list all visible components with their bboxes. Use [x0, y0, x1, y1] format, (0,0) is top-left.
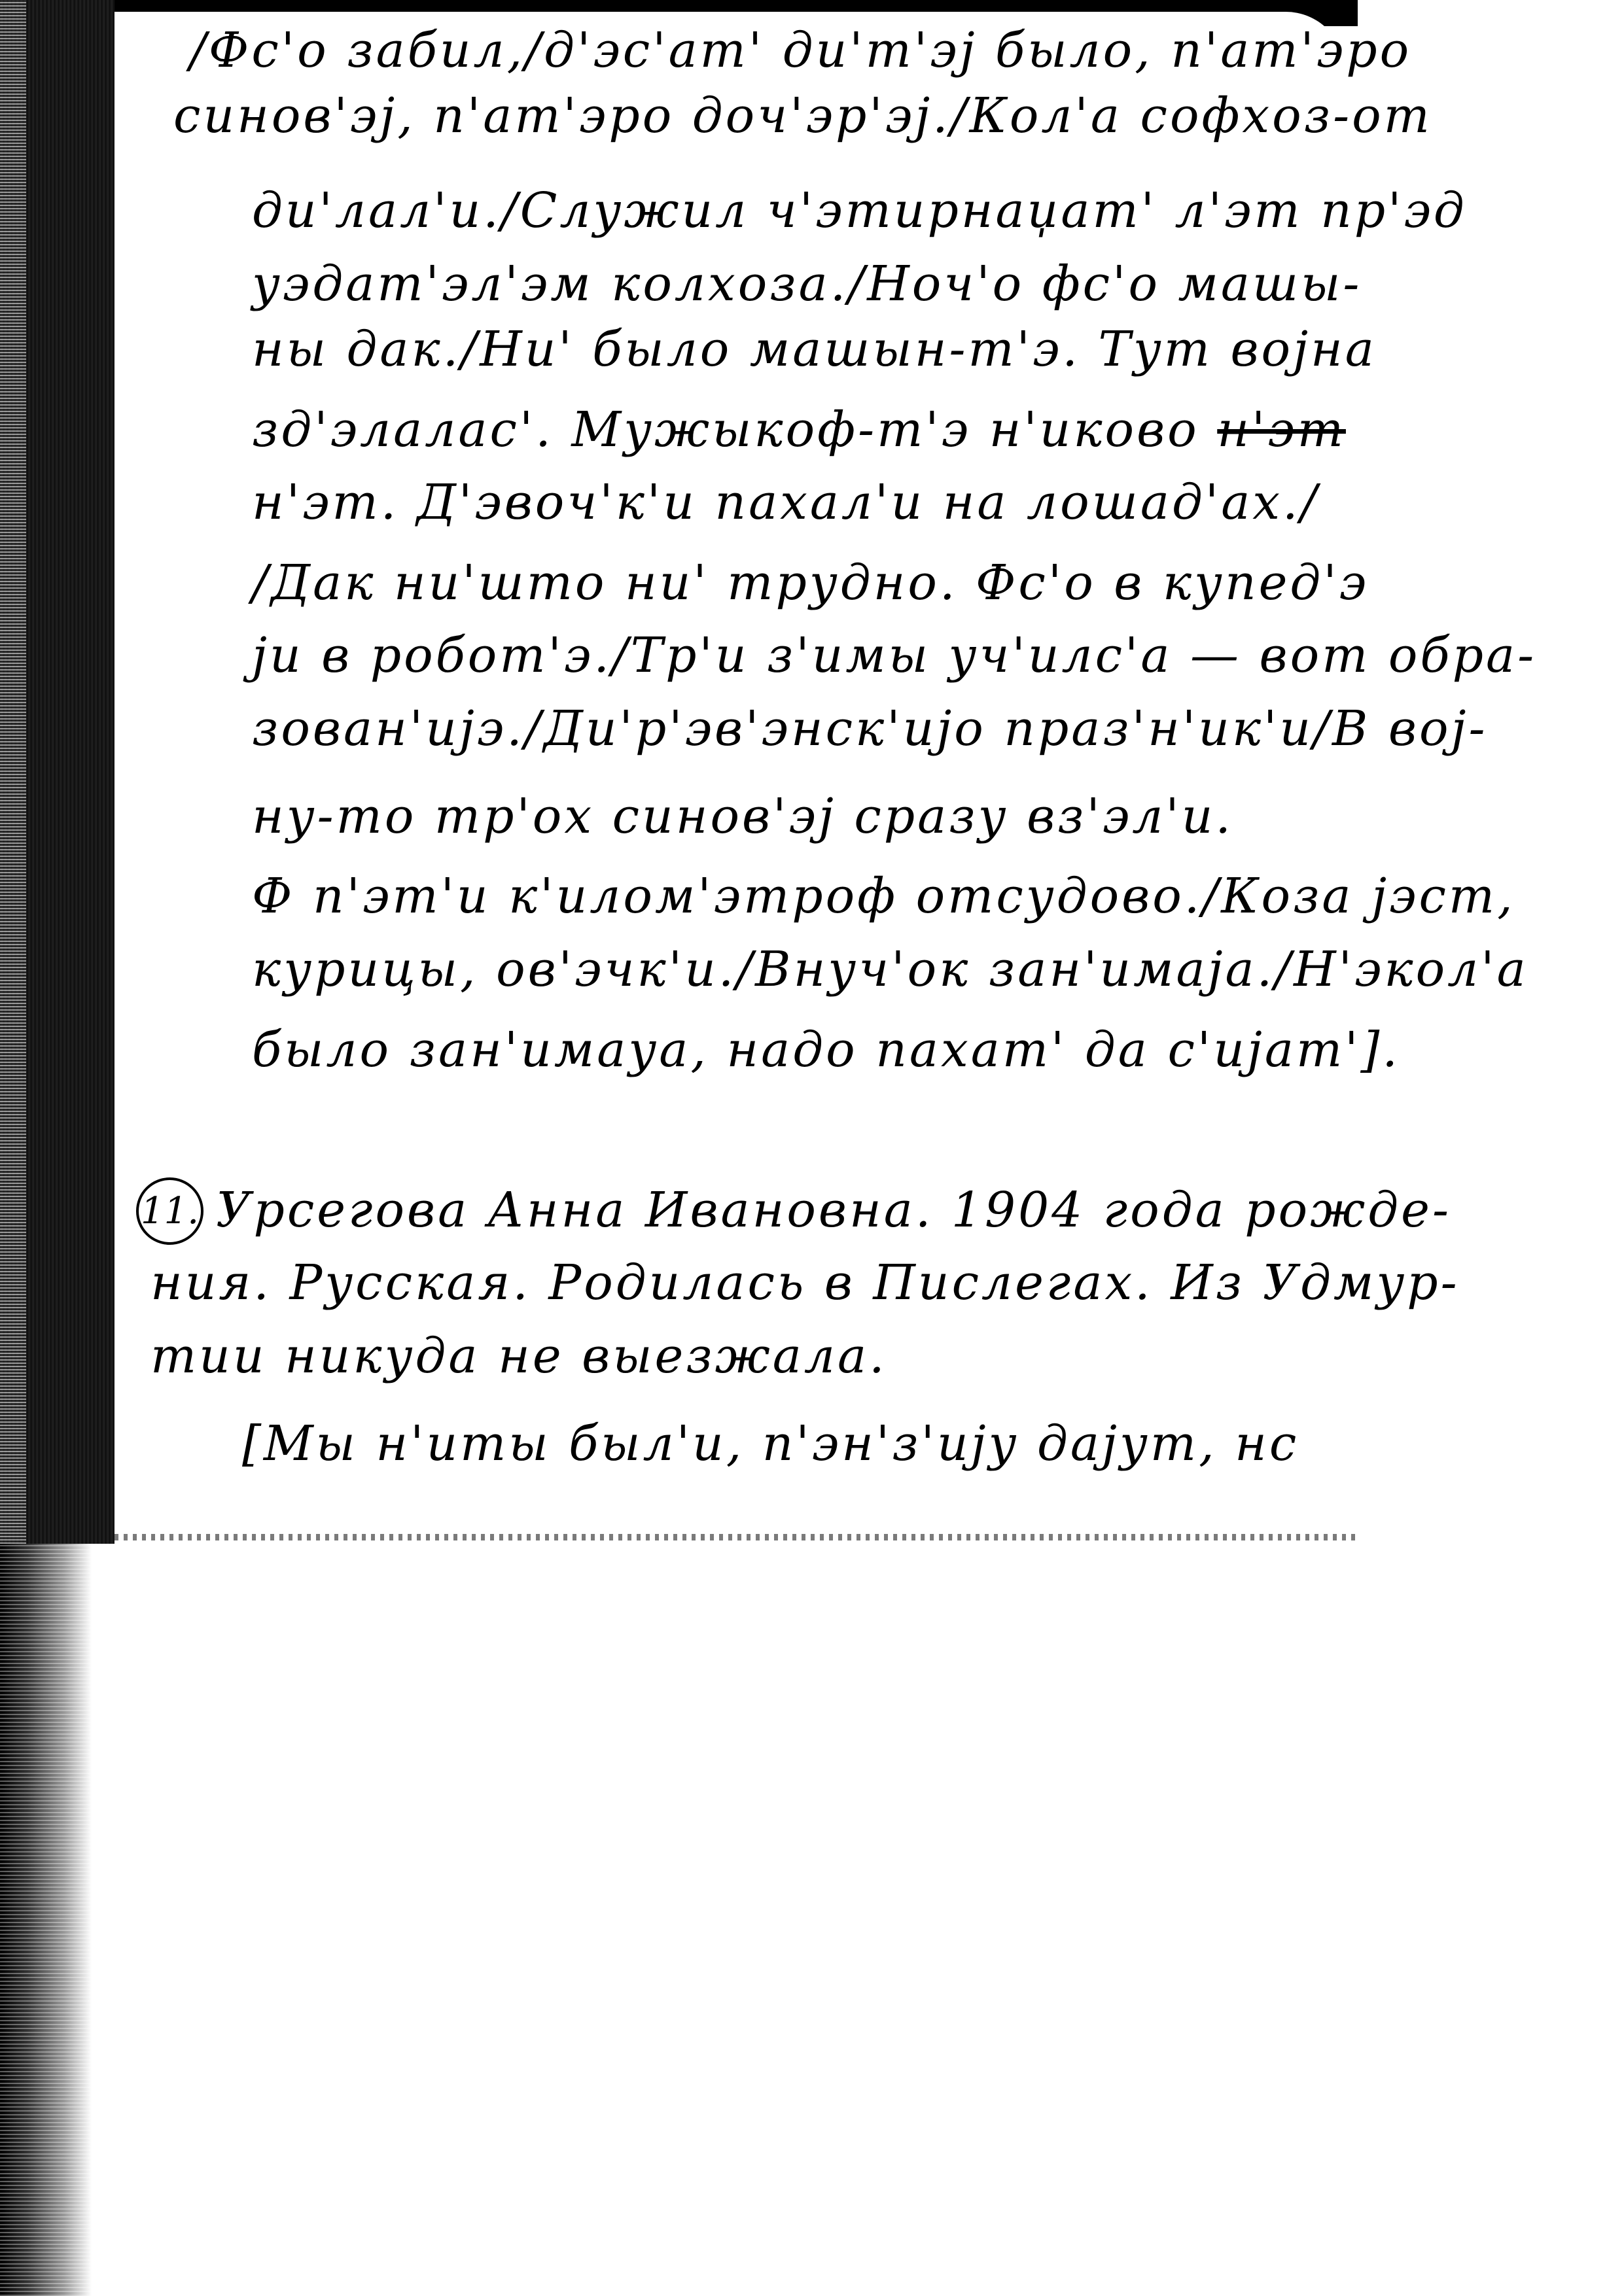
transcript-line-13: курицы, ов'эчк'и./Внуч'ок зан'имаја./Н'э…	[252, 945, 1528, 994]
transcript-line-8: /Дак ни'што ни' трудно. Фс'о в купед'э	[252, 559, 1369, 607]
transcript-line-10: зован'ијэ./Ди'р'эв'энск'ијо праз'н'ик'и/…	[252, 704, 1487, 753]
transcript-line-14: было зан'имауа, надо пахат' да с'ијат'].	[252, 1026, 1400, 1074]
struck-word: н'эт	[1217, 402, 1346, 458]
binding-edge-texture	[0, 0, 26, 1544]
transcript-line-11: ну-то тр'ох синов'эј сразу вз'эл'и.	[252, 792, 1233, 841]
entry-header-line-1: Урсегова Анна Ивановна. 1904 года рожде-	[216, 1186, 1451, 1234]
quote-start-line: [Мы н'иты был'и, п'эн'з'ију дајут, нс	[242, 1419, 1299, 1468]
page-bottom-edge	[115, 1534, 1358, 1540]
transcript-line-7: н'эт. Д'эвоч'к'и пахал'и на лошад'ах./	[252, 478, 1320, 527]
transcript-line-4: уэдат'эл'эм колхоза./Ноч'о фс'о машы-	[252, 260, 1362, 308]
scanner-shadow	[0, 1544, 92, 2296]
transcript-line-1: /Фс'о забил,/д'эс'ат' ди'т'эј было, п'ат…	[190, 26, 1411, 75]
transcript-line-12: Ф п'эт'и к'илом'этроф отсудово./Коза јэс…	[252, 872, 1515, 920]
transcript-line-2: синов'эј, п'ат'эро доч'эр'эј./Кол'а софх…	[173, 92, 1432, 140]
transcript-line-5: ны дак./Ни' было машын-т'э. Тут војна	[252, 325, 1377, 374]
entry-header-line-2: ния. Русская. Родилась в Пислегах. Из Уд…	[150, 1259, 1460, 1307]
transcript-line-6: зд'элалас'. Мужыкоф-т'э н'иково н'эт	[252, 406, 1346, 454]
entry-header-line-3: тии никуда не выезжала.	[150, 1332, 887, 1380]
entry-number-circle: 11.	[136, 1177, 203, 1245]
entry-number: 11.	[141, 1190, 199, 1232]
transcript-line-3: ди'лал'и./Служил ч'этирнаџат' л'эт пр'эд	[252, 186, 1467, 235]
transcript-line-9: ји в робот'э./Тр'и з'имы уч'илс'а — вот …	[252, 631, 1536, 680]
transcript-line-6-text: зд'элалас'. Мужыкоф-т'э н'иково	[252, 402, 1199, 458]
